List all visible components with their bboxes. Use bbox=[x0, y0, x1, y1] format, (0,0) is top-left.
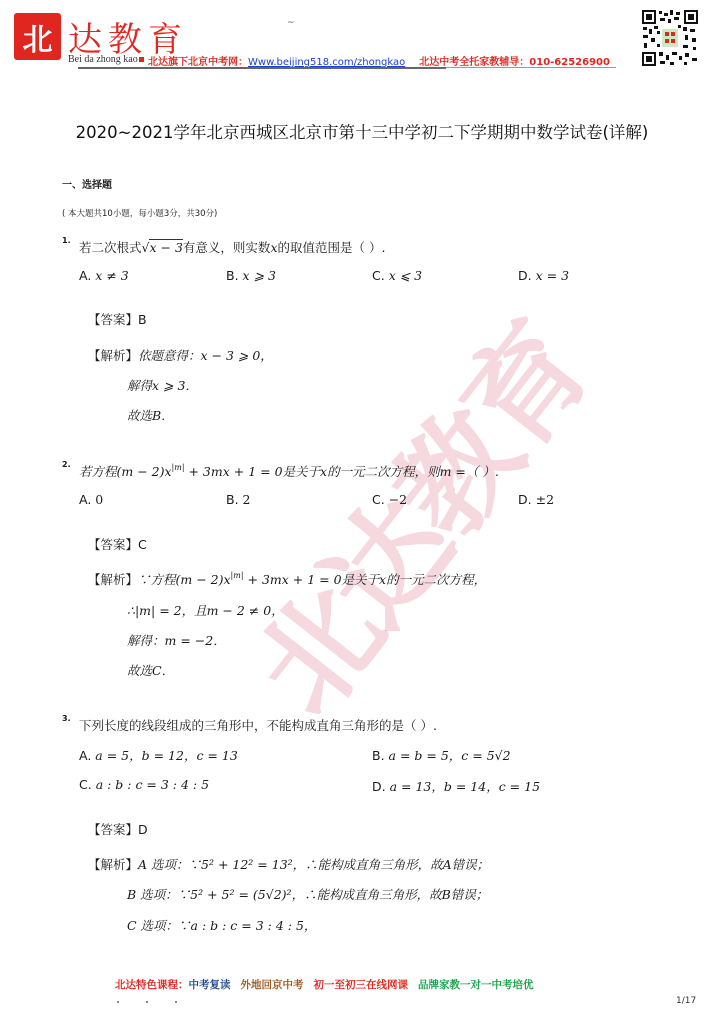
bullet-icon bbox=[139, 57, 144, 62]
stem-text: 有意义，则实数 bbox=[183, 240, 271, 255]
footer-courses: 北达特色课程：中考复读外地回京中考初一至初三在线网课品牌家教一对一中考培优 bbox=[115, 977, 544, 992]
logo-mark: 北 bbox=[14, 13, 61, 60]
analysis-line: 解得x ⩾ 3． bbox=[127, 376, 198, 394]
analysis-line: 【解析】∵方程(m − 2)x|m| + 3mx + 1 = 0是关于x的一元二… bbox=[88, 570, 486, 588]
analysis-line: 【解析】依题意得：x − 3 ⩾ 0， bbox=[88, 346, 273, 364]
option-c: C. x ⩽ 3 bbox=[372, 268, 422, 283]
header-divider-light bbox=[446, 67, 616, 68]
analysis-line: 故选C． bbox=[127, 661, 174, 679]
question-number: 1. bbox=[62, 236, 71, 245]
footer-course[interactable]: 中考复读 bbox=[189, 979, 231, 991]
question-stem: 若二次根式√x − 3有意义，则实数x的取值范围是（ ）. bbox=[79, 238, 385, 256]
watermark: 北达教育 bbox=[209, 307, 602, 743]
footer-course[interactable]: 外地回京中考 bbox=[241, 979, 304, 991]
question-stem: 若方程(m − 2)x|m| + 3mx + 1 = 0是关于x的一元二次方程，… bbox=[79, 462, 499, 480]
header-tilde: ~ bbox=[287, 18, 295, 28]
option-b: B. a = b = 5，c = 5√2 bbox=[372, 746, 511, 764]
stem-var: x bbox=[270, 240, 277, 255]
option-d: D. a = 13，b = 14，c = 15 bbox=[372, 777, 540, 795]
stem-text: 的取值范围是（ ）. bbox=[278, 240, 386, 255]
option-c: C. −2 bbox=[372, 492, 407, 507]
section-heading: 一、选择题 bbox=[62, 176, 112, 191]
option-a: A. x ≠ 3 bbox=[79, 268, 129, 283]
header-divider bbox=[78, 67, 446, 69]
option-d: D. x = 3 bbox=[518, 268, 569, 283]
answer-line: 【答案】C bbox=[88, 535, 147, 553]
analysis-line: B 选项：∵5² + 5² = (5√2)²，∴能构成直角三角形，故B错误； bbox=[127, 885, 488, 903]
option-c: C. a : b : c = 3 : 4 : 5 bbox=[79, 777, 209, 792]
header-tagline: 北达旗下北京中考网：Www.beijing518.com/zhongkao北达中… bbox=[148, 53, 610, 68]
question-number: 3. bbox=[62, 714, 71, 723]
option-b: B. x ⩾ 3 bbox=[226, 268, 276, 283]
analysis-line: C 选项：∵a : b : c = 3 : 4 : 5， bbox=[127, 916, 316, 934]
footer-course[interactable]: 品牌家教一对一中考培优 bbox=[418, 979, 534, 991]
logo-subtitle: Bei da zhong kao bbox=[68, 54, 138, 65]
footer-prefix: 北达特色课程： bbox=[115, 979, 189, 991]
question-stem: 下列长度的线段组成的三角形中，不能构成直角三角形的是（ ）. bbox=[79, 716, 437, 734]
option-d: D. ±2 bbox=[518, 492, 554, 507]
section-note: ( 本大题共10小题，每小题3分，共30分) bbox=[62, 207, 217, 219]
stem-text: 若二次根式 bbox=[79, 240, 142, 255]
analysis-line: 故选B． bbox=[127, 406, 174, 424]
analysis-line: ∴|m| = 2，且m − 2 ≠ 0， bbox=[127, 601, 284, 619]
sqrt-expression: √x − 3 bbox=[142, 239, 183, 255]
question-number: 2. bbox=[62, 460, 71, 469]
analysis-line: 【解析】A 选项：∵5² + 12² = 13²，∴能构成直角三角形，故A错误； bbox=[88, 855, 489, 873]
answer-line: 【答案】D bbox=[88, 820, 148, 838]
answer-line: 【答案】B bbox=[88, 310, 147, 328]
footer-dot bbox=[175, 1001, 177, 1003]
footer-course[interactable]: 初一至初三在线网课 bbox=[314, 979, 409, 991]
footer-dot bbox=[146, 1001, 148, 1003]
document-title: 2020~2021学年北京西城区北京市第十三中学初二下学期期中数学试卷(详解) bbox=[0, 119, 724, 143]
footer-dot bbox=[117, 1001, 119, 1003]
option-a: A. a = 5，b = 12，c = 13 bbox=[79, 746, 238, 764]
analysis-line: 解得：m = −2． bbox=[127, 631, 226, 649]
qr-code-icon bbox=[640, 8, 700, 68]
page-number: 1/17 bbox=[676, 996, 696, 1006]
option-a: A. 0 bbox=[79, 492, 103, 507]
option-b: B. 2 bbox=[226, 492, 251, 507]
